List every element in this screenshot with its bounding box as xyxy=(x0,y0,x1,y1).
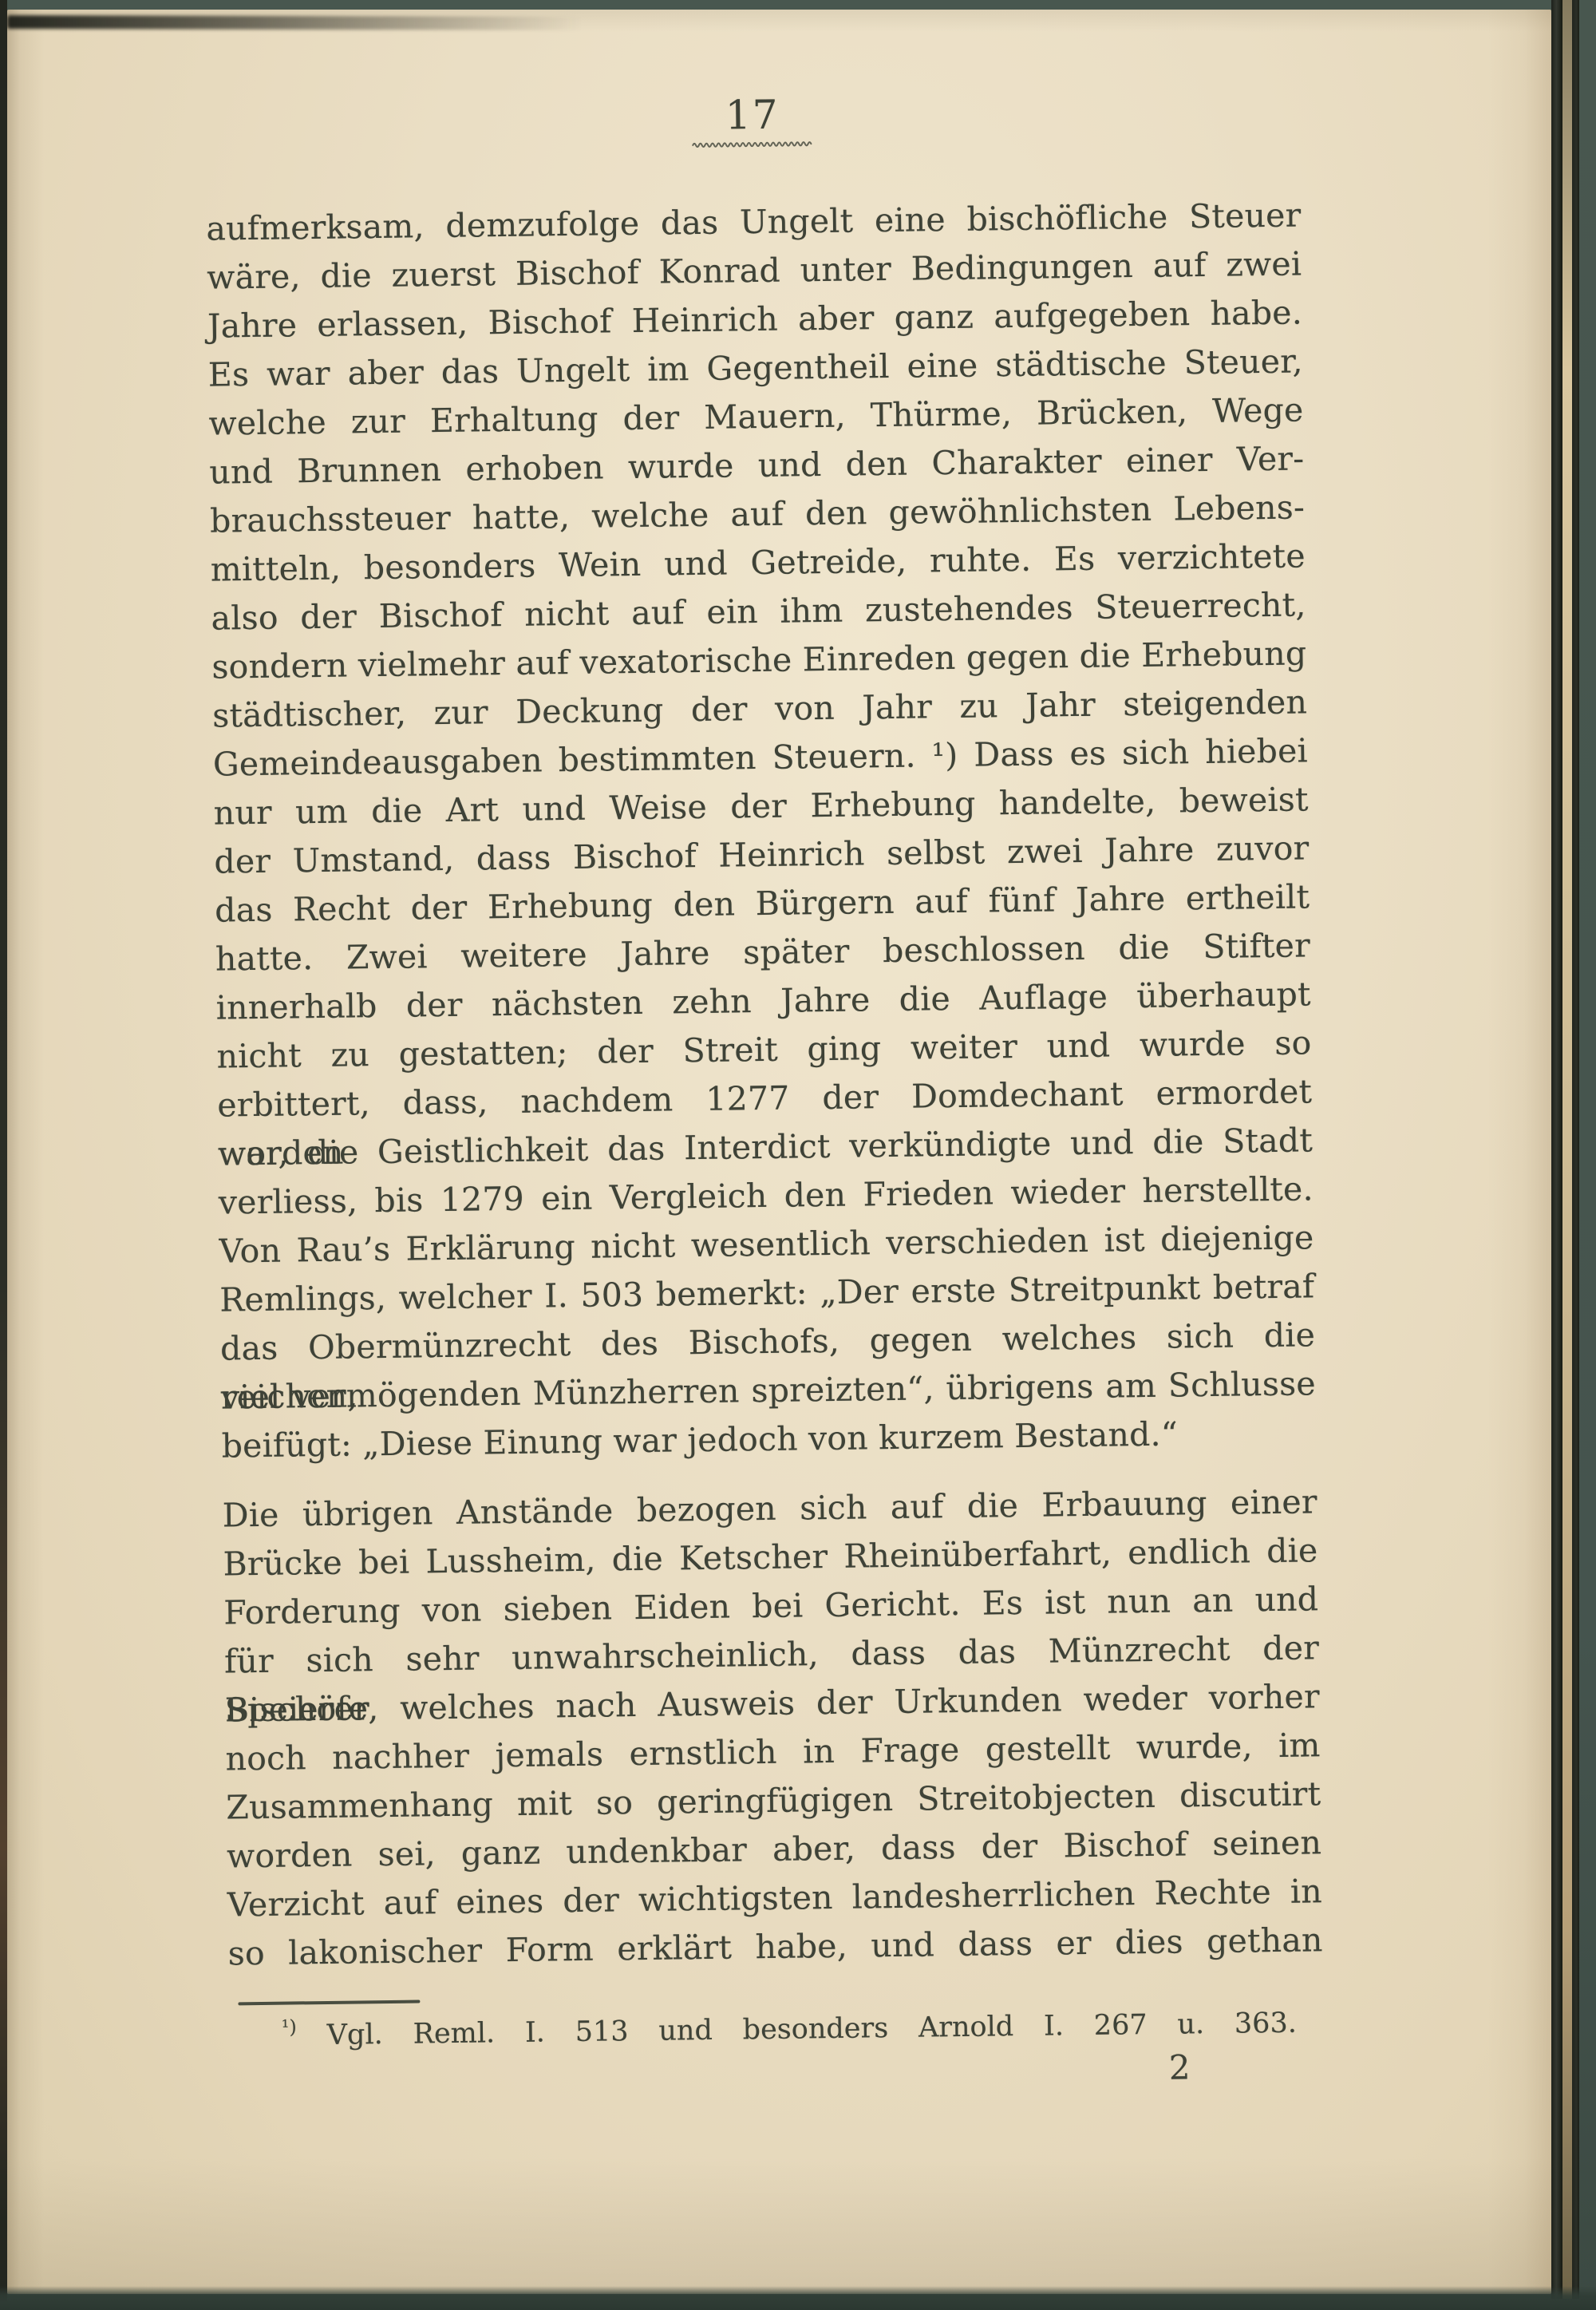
binding-gutter-strip xyxy=(0,0,7,2310)
book-scan-photo: 17 aufmerksam, demzufolge das Ungelt ein… xyxy=(0,0,1596,2310)
paragraph-1: aufmerksam, demzufolge das Ungelt eine b… xyxy=(206,191,1317,1470)
footnote: ¹) Vgl. Reml. I. 513 und besonders Arnol… xyxy=(229,2005,1297,2055)
fore-edge-outer-stripe xyxy=(1572,0,1579,2299)
fore-edge-dark-stripe xyxy=(1551,0,1562,2299)
footnote-text: Vgl. Reml. I. 513 und besonders Arnold I… xyxy=(327,2007,1298,2051)
printed-text-layer: 17 aufmerksam, demzufolge das Ungelt ein… xyxy=(204,85,1324,2099)
top-edge-shadow xyxy=(7,15,606,30)
footnote-marker: ¹) xyxy=(282,2015,297,2038)
signature-mark: 2 xyxy=(229,2046,1325,2099)
page-number-wavy-underline xyxy=(692,140,813,149)
page-number: 17 xyxy=(204,85,1300,144)
body-text: aufmerksam, demzufolge das Ungelt eine b… xyxy=(206,191,1323,1978)
book-page: 17 aufmerksam, demzufolge das Ungelt ein… xyxy=(7,10,1551,2294)
bottom-edge-shadow xyxy=(0,2286,1596,2310)
fore-edge-light-stripe xyxy=(1562,0,1572,2299)
page-header: 17 xyxy=(204,85,1300,155)
paragraph-2: Die übrigen Anstände bezogen sich auf di… xyxy=(222,1477,1323,1978)
footnote-separator-rule xyxy=(238,1999,420,2005)
